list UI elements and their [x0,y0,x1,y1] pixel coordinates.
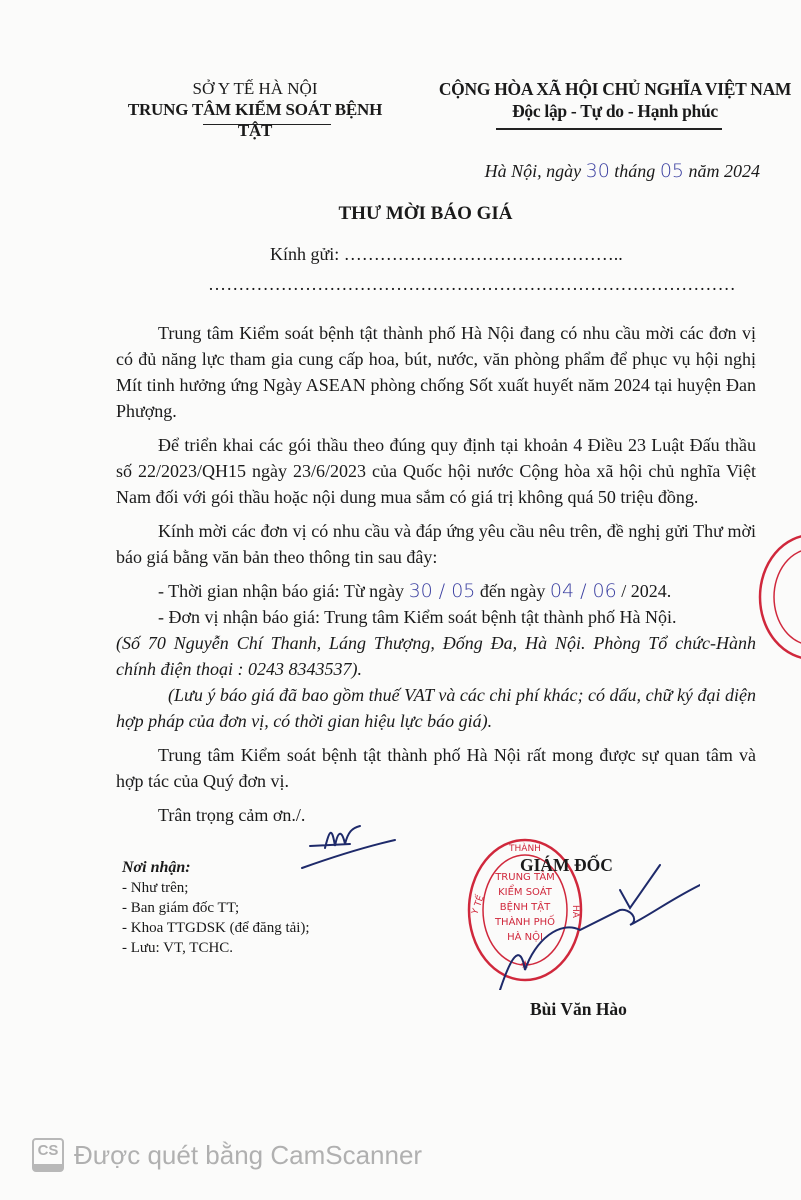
paragraph-closing: Trung tâm Kiểm soát bệnh tật thành phố H… [116,742,756,794]
receiving-unit: - Đơn vị nhận báo giá: Trung tâm Kiểm so… [116,604,756,630]
issuer-name: TRUNG TÂM KIỂM SOÁT BỆNH TẬT [110,99,400,141]
watermark-text: Được quét bằng CamScanner [74,1140,422,1171]
addressee-line: Kính gửi: ……………………………………….. [270,244,623,265]
date-day: 30 [586,160,610,182]
recipients-block: Nơi nhận: - Như trên; - Ban giám đốc TT;… [122,858,310,958]
document-title: THƯ MỜI BÁO GIÁ [0,203,801,225]
quote-period-label: - Thời gian nhận báo giá: Từ ngày [158,581,409,601]
paragraph-legal-basis: Để triển khai các gói thầu theo đúng quy… [116,432,756,510]
country-name: CỘNG HÒA XÃ HỘI CHỦ NGHĨA VIỆT NAM [430,78,800,100]
quote-note: (Lưu ý báo giá đã bao gồm thuế VAT và cá… [116,682,756,734]
motto-underline [496,128,722,130]
signer-name: Bùi Văn Hào [530,999,627,1020]
partial-stamp-edge [752,532,801,662]
document-date: Hà Nội, ngày 30 tháng 05 năm 2024 [440,160,760,182]
svg-text:THÀNH: THÀNH [508,842,541,854]
receiving-address: (Số 70 Nguyễn Chí Thanh, Láng Thượng, Đố… [116,630,756,682]
issuer-header: SỞ Y TẾ HÀ NỘI TRUNG TÂM KIỂM SOÁT BỆNH … [110,78,400,141]
recipient-item: - Khoa TTGDSK (để đăng tải); [122,918,310,938]
recipients-heading: Nơi nhận: [122,858,310,878]
recipient-item: - Lưu: VT, TCHC. [122,938,310,958]
national-header: CỘNG HÒA XÃ HỘI CHỦ NGHĨA VIỆT NAM Độc l… [430,78,800,122]
camscanner-watermark: CS Được quét bằng CamScanner [32,1138,422,1172]
camscanner-logo-icon: CS [32,1138,64,1172]
date-month-label: tháng [610,161,660,181]
recipient-item: - Ban giám đốc TT; [122,898,310,918]
quote-period-mid: đến ngày [475,581,549,601]
national-motto: Độc lập - Tự do - Hạnh phúc [430,100,800,122]
date-prefix: Hà Nội, ngày [485,161,586,181]
quote-period-to: 04 / 06 [550,580,617,602]
paragraph-intro: Trung tâm Kiểm soát bệnh tật thành phố H… [116,320,756,424]
addressee-line-2: …………………………………………………………………………… [208,274,736,295]
thanks: Trân trọng cảm ơn./. [116,802,756,828]
quote-period-year: / 2024. [617,581,672,601]
director-signature [480,860,700,990]
recipient-item: - Như trên; [122,878,310,898]
paragraph-invitation: Kính mời các đơn vị có nhu cầu và đáp ứn… [116,518,756,570]
date-year: năm 2024 [684,161,760,181]
quote-period-from: 30 / 05 [409,580,476,602]
issuer-parent: SỞ Y TẾ HÀ NỘI [110,78,400,99]
issuer-underline [203,124,331,125]
document-body: Trung tâm Kiểm soát bệnh tật thành phố H… [116,320,756,836]
quote-period: - Thời gian nhận báo giá: Từ ngày 30 / 0… [116,578,756,604]
date-month: 05 [660,160,684,182]
